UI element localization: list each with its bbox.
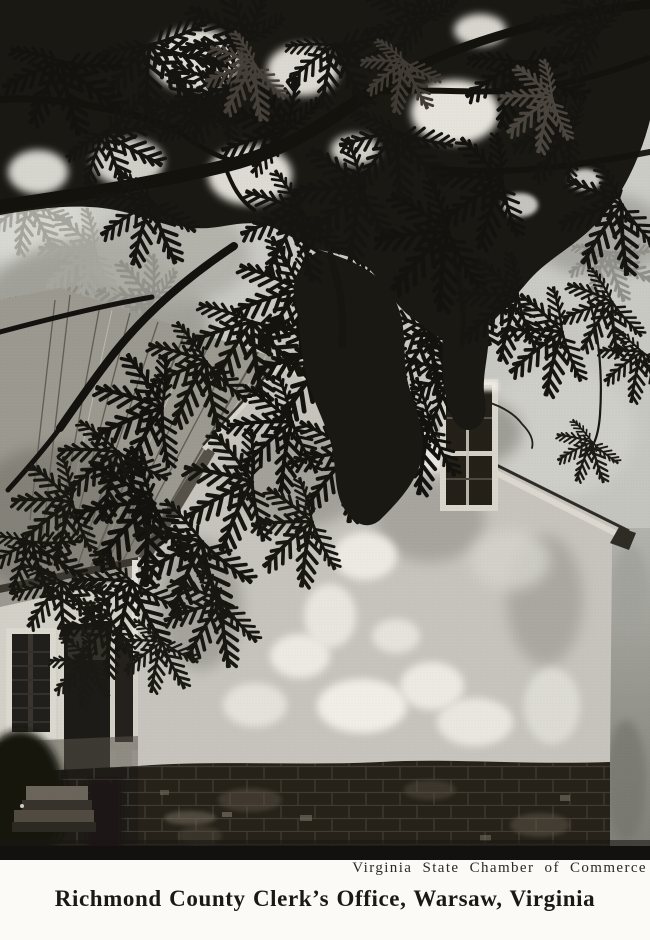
photo-caption: Richmond County Clerk’s Office, Warsaw, …	[0, 884, 650, 914]
halftone-overlay	[0, 0, 650, 860]
photo-credit: Virginia State Chamber of Commerce	[0, 858, 647, 878]
photograph-clerks-office	[0, 0, 650, 860]
